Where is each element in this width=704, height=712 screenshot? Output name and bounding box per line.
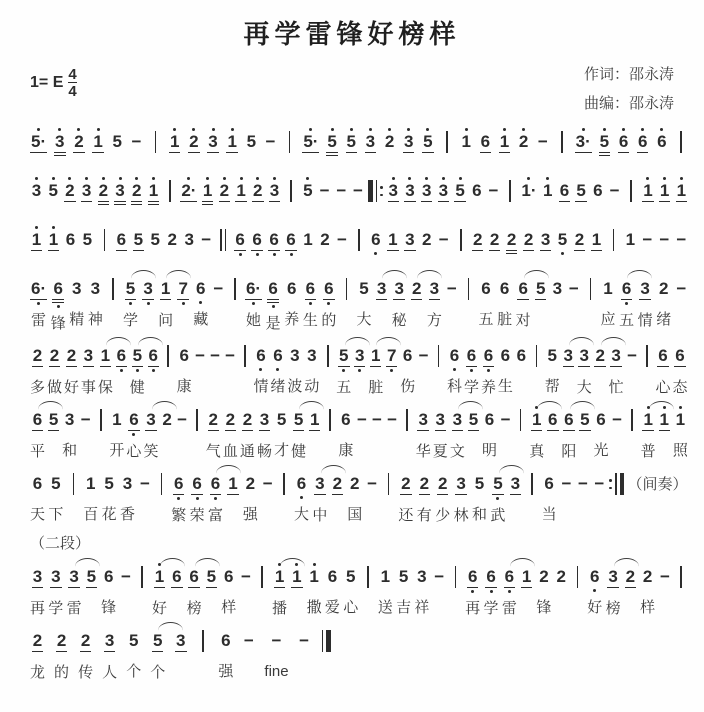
note-token: 3华	[416, 404, 431, 463]
note-token: 1撒	[307, 561, 322, 619]
note-token: 6强	[218, 625, 233, 683]
note-token: 3	[364, 126, 377, 159]
octave-dot-below	[358, 367, 361, 373]
barline	[641, 340, 654, 398]
lyric-syllable: 好	[64, 373, 79, 399]
note-token: 5	[205, 561, 218, 620]
note-token: 2	[72, 126, 85, 159]
lyric-syllable: 通	[240, 437, 255, 463]
note-token: 6	[115, 340, 128, 399]
barline	[106, 273, 119, 331]
lyric-syllable: 爱	[325, 593, 340, 619]
barline	[98, 224, 111, 256]
note-token: 2的	[54, 625, 69, 684]
sustain-dash: −	[239, 561, 252, 619]
note-token: 3情	[638, 273, 653, 332]
note-token: 6明	[482, 404, 497, 462]
barline	[323, 404, 336, 462]
note-token: 3和	[62, 404, 77, 462]
note-token: 3祥	[414, 561, 429, 619]
lyric-syllable: 光	[593, 436, 608, 462]
note-token: 3大	[577, 340, 592, 399]
note-token: 5帮	[545, 340, 560, 398]
note-token: 3	[402, 126, 415, 159]
note-token: 2	[251, 175, 264, 208]
sustain-dash: −	[675, 224, 688, 256]
lyric-syllable: 应	[601, 305, 616, 331]
note-token: 6康	[177, 340, 192, 398]
note-token: 7	[385, 340, 398, 399]
note-token: 3榜	[606, 561, 621, 620]
lyric-syllable: 康	[177, 372, 192, 398]
repeat-dots	[609, 479, 612, 490]
lyric-syllable: 五	[479, 305, 494, 331]
note-token: 6五	[619, 273, 634, 332]
barline	[321, 340, 334, 398]
note-token: 3香	[120, 468, 135, 526]
lyric-syllable: 明	[482, 436, 497, 462]
composer-credit: 曲编：邵永涛	[584, 90, 674, 119]
note-token: 5大	[357, 273, 372, 331]
note-token: 2	[383, 126, 396, 158]
lyric-syllable: 富	[208, 501, 223, 527]
sustain-dash: −	[487, 175, 500, 207]
barline	[382, 468, 395, 526]
lyric-syllable: 国	[347, 500, 362, 526]
note-token: 6	[655, 126, 668, 158]
note-token: 5	[111, 126, 124, 158]
note-token: 6当	[542, 468, 557, 526]
note-token: 6·她	[245, 273, 262, 332]
sustain-dash: −	[130, 126, 143, 158]
note-token: 6	[558, 175, 571, 208]
lyric-syllable: 动	[304, 372, 319, 398]
note-token: 6天	[30, 468, 45, 526]
note-token: 6	[170, 561, 183, 620]
barline	[449, 561, 462, 619]
lyric-syllable: 帮	[545, 372, 560, 398]
octave-dot-below	[182, 300, 185, 306]
lyric-syllable: 多	[30, 373, 45, 399]
lyric-syllable: 少	[435, 501, 450, 527]
lyric-syllable: 龙	[30, 658, 45, 684]
music-line-5: 2多2做2好3事1保65健66康−−−6情6绪3波3动5五31脏76伤−6科6学…	[30, 340, 688, 399]
lyric-syllable: 学	[464, 373, 479, 399]
lyric-syllable: 文	[450, 437, 465, 463]
barline	[285, 175, 298, 207]
lyric-syllable: 保	[98, 373, 113, 399]
lyric-syllable: 波	[287, 372, 302, 398]
lyric-syllable: 再	[30, 594, 45, 620]
sustain-dash: −	[675, 273, 688, 331]
sustain-dash: −	[371, 404, 384, 462]
music-line-2: 352323212·121235−−−333356−1·1656−111	[30, 175, 688, 211]
lyric-syllable: 繁	[171, 501, 186, 527]
barline	[675, 561, 688, 619]
note-token: 6科	[447, 340, 462, 398]
lyric-syllable: 中	[312, 501, 327, 527]
note-token: 1播	[272, 561, 287, 620]
lyric-syllable: 的	[321, 306, 336, 332]
lyric-syllable: 才	[274, 436, 289, 462]
note-token: 2	[573, 224, 586, 257]
note-token: 1	[308, 404, 321, 463]
note-token: 2·	[180, 175, 197, 208]
note-token: 3精	[69, 273, 84, 331]
note-token: 6锋	[101, 561, 116, 619]
key-prefix: 1= E	[30, 74, 63, 92]
sustain-dash: −	[641, 224, 654, 256]
barline	[191, 404, 204, 462]
note-token: 1应	[601, 273, 616, 331]
note-token: 2少	[435, 468, 450, 527]
lyric-syllable: 榜	[606, 594, 621, 620]
note-token: 3夏	[433, 404, 448, 463]
note-token: 3方	[427, 273, 442, 332]
sustain-dash: −	[437, 224, 450, 256]
credits: 作词：邵永涛 曲编：邵永涛	[584, 61, 674, 118]
lyric-syllable: 精	[69, 305, 84, 331]
note-token: 5健	[291, 404, 306, 463]
lyric-syllable: 天	[30, 500, 45, 526]
lyric-syllable: 雷	[502, 594, 517, 620]
note-token: 1	[30, 224, 43, 257]
note-token: 3	[420, 175, 433, 208]
note-token: 6荣	[190, 468, 205, 527]
repeat-dots	[380, 186, 383, 197]
sustain-dash: −	[626, 340, 639, 398]
note-token: 1	[226, 468, 239, 527]
sustain-dash: −	[417, 340, 430, 398]
note-token: 1普	[641, 404, 656, 463]
note-token: 6	[115, 224, 128, 257]
barline	[454, 224, 467, 256]
music-line-4: 6·雷6锋3精3神5学31问76藏−6·她6是6养6生6的5大33秘23方−6五…	[30, 273, 688, 335]
sustain-dash: −	[560, 468, 573, 526]
note-token: 6雷	[502, 561, 517, 620]
barline	[164, 175, 177, 207]
lyric-syllable: 的	[54, 658, 69, 684]
note-token: 1	[641, 175, 654, 208]
sustain-dash: −	[445, 273, 458, 331]
note-token: 3波	[287, 340, 302, 398]
lyric-syllable: 态	[672, 373, 687, 399]
note-token: 6	[515, 340, 528, 398]
note-token: 2国	[347, 468, 362, 526]
lyric-syllable: 大	[577, 373, 592, 399]
lyric-syllable: 强	[243, 500, 258, 526]
note-token: 3	[387, 175, 400, 208]
barline	[239, 340, 252, 398]
note-token: 6	[591, 175, 604, 207]
lyric-syllable: 健	[130, 373, 145, 399]
lyric-syllable: 忙	[609, 373, 624, 399]
note-token: 6	[617, 126, 630, 159]
note-token: 6光	[593, 404, 608, 462]
note-token: 5·	[302, 126, 319, 159]
barline	[462, 273, 475, 331]
note-token: 2	[166, 224, 179, 256]
lyric-syllable: 和	[62, 436, 77, 462]
note-token: 6	[285, 224, 298, 257]
barline	[675, 126, 688, 158]
note-token: 2	[97, 175, 110, 211]
lyric-syllable: 榜	[187, 594, 202, 620]
note-token: 6	[546, 404, 559, 463]
lyric-syllable: 华	[416, 437, 431, 463]
lyric-syllable: 真	[529, 437, 544, 463]
note-token: 3	[551, 273, 564, 331]
sustain-dash: −	[298, 625, 311, 683]
lyric-syllable: 心	[343, 593, 358, 619]
lyric-syllable: 祥	[414, 593, 429, 619]
lyric-syllable: 百	[83, 500, 98, 526]
note-token: 1·	[520, 175, 537, 207]
lyric-syllable: 生	[498, 372, 513, 398]
lyric-syllable: 林	[454, 501, 469, 527]
note-token: 2传	[78, 625, 93, 684]
note-token: 2	[331, 468, 344, 527]
sustain-dash: −	[176, 404, 189, 462]
inline-label: （间奏）	[627, 468, 687, 526]
lyric-syllable: fine	[264, 657, 288, 683]
sustain-dash: −	[658, 561, 671, 619]
barline	[340, 273, 353, 331]
note-token: 2	[555, 561, 568, 619]
lyric-syllable: 养	[284, 305, 299, 331]
note-token: 1百	[83, 468, 98, 526]
note-token: 3动	[304, 340, 319, 398]
note-token: 5	[301, 175, 314, 207]
note-token: 2好	[64, 340, 79, 399]
note-token: 5学	[123, 273, 138, 332]
sustain-dash: −	[658, 224, 671, 256]
note-token: 2	[594, 340, 607, 399]
note-token: 6榜	[187, 561, 202, 620]
note-token: 6五	[479, 273, 494, 331]
note-token: 2气	[206, 404, 221, 463]
lyric-syllable: 武	[490, 501, 505, 527]
note-token: 2	[218, 175, 231, 208]
note-token: 6大	[294, 468, 309, 526]
lyric-syllable: 吉	[396, 593, 411, 619]
note-token: 2	[130, 175, 143, 211]
song-title: 再学雷锋好榜样	[0, 0, 704, 51]
sustain-dash: −	[608, 175, 621, 207]
octave-dot-below	[256, 251, 259, 257]
note-token: 1	[460, 126, 473, 158]
note-token: 3	[562, 340, 575, 399]
note-token: 1	[147, 175, 160, 211]
note-token: 3	[183, 224, 196, 256]
note-token: 6	[369, 224, 382, 256]
note-token: 3学	[48, 561, 63, 620]
note-token: 1	[498, 126, 511, 159]
lyric-syllable: 心	[656, 373, 671, 399]
note-token: 6康	[338, 404, 353, 462]
note-token: 6阳	[561, 404, 576, 463]
note-token: 1送	[378, 561, 393, 619]
section-label: （二段）	[30, 532, 688, 553]
octave-dot-below	[120, 367, 123, 373]
note-token: 5	[421, 126, 434, 159]
note-token: 6锋	[51, 273, 66, 335]
note-token: 6生	[498, 340, 513, 398]
note-token: 1保	[98, 340, 113, 399]
lyric-syllable: 阳	[561, 437, 576, 463]
sustain-dash: −	[138, 468, 151, 526]
note-token: 3人	[102, 625, 117, 684]
barline	[228, 273, 241, 331]
note-token: 6学	[464, 340, 479, 399]
sustain-dash: −	[209, 340, 222, 398]
barline	[401, 404, 414, 462]
note-token: 3	[403, 175, 416, 208]
note-token: 3文	[450, 404, 465, 463]
sustain-dash: −	[224, 340, 237, 398]
lyric-syllable: 问	[158, 306, 173, 332]
note-token: 1	[658, 404, 671, 463]
barline	[196, 625, 209, 683]
note-token: 5才	[274, 404, 289, 462]
note-token: 1开	[109, 404, 124, 462]
note-token: 1真	[529, 404, 544, 463]
lyric-syllable: 样	[640, 593, 655, 619]
lyric-syllable: 神	[88, 305, 103, 331]
note-token: 3·	[575, 126, 592, 159]
note-token: 5个	[126, 625, 141, 683]
lyric-syllable: 和	[472, 500, 487, 526]
barline	[441, 126, 454, 158]
lyric-syllable: 生	[303, 306, 318, 332]
barline	[368, 175, 383, 207]
lyric-syllable: 平	[30, 437, 45, 463]
lyric-syllable: 学	[123, 306, 138, 332]
note-token: 2通	[240, 404, 255, 463]
barline	[155, 468, 168, 526]
note-token: 3	[30, 175, 43, 207]
lyric-syllable: 五	[619, 306, 634, 332]
note-token: 2有	[417, 468, 432, 527]
lyric-syllable: 撒	[307, 593, 322, 619]
lyric-syllable: 五	[336, 373, 351, 399]
note-token: 3	[509, 468, 522, 527]
note-token: 2锋	[536, 561, 551, 619]
lyric-syllable: 好	[152, 594, 167, 620]
note-token: 6绪	[270, 340, 285, 398]
note-token: 5	[534, 273, 547, 332]
sustain-dash: −	[318, 175, 331, 207]
lyric-syllable: 好	[587, 593, 602, 619]
barline	[320, 625, 333, 683]
sustain-dash: −	[261, 468, 274, 526]
lyric-syllable: 播	[272, 594, 287, 620]
lyric-syllable: 伤	[400, 372, 415, 398]
lyric-syllable: 再	[465, 594, 480, 620]
barline	[362, 561, 375, 619]
octave-dot-below	[239, 251, 242, 257]
sustain-dash: −	[567, 273, 580, 331]
note-token: 3林	[454, 468, 469, 527]
lyric-syllable: 对	[516, 306, 531, 332]
octave-dot-below	[290, 251, 293, 257]
note-token: 6	[479, 126, 492, 159]
music-line-3: 116565523−666612−6132−222235211−−−	[30, 224, 688, 260]
note-token: 5下	[48, 468, 63, 526]
lyric-syllable: 畅	[257, 437, 272, 463]
lyric-syllable: 血	[223, 437, 238, 463]
note-token: 6心	[126, 404, 141, 463]
barline	[283, 126, 296, 158]
lyric-syllable: 养	[481, 373, 496, 399]
barline	[352, 224, 365, 256]
lyric-syllable: 方	[427, 306, 442, 332]
lyric-syllable: 康	[338, 436, 353, 462]
sustain-dash: −	[194, 340, 207, 398]
sustain-dash: −	[355, 404, 368, 462]
lyric-syllable: 强	[218, 657, 233, 683]
note-token: 3	[80, 175, 93, 208]
note-token: 1	[624, 224, 637, 256]
barline	[609, 468, 624, 526]
note-token: 5心	[343, 561, 358, 619]
lyric-syllable: 传	[78, 658, 93, 684]
lyric-syllable: 照	[673, 436, 688, 462]
note-token: 5五	[336, 340, 351, 399]
note-token: 5	[245, 126, 258, 158]
note-token: 5	[345, 126, 358, 159]
lyric-syllable: 绪	[656, 305, 671, 331]
note-token: 2绪	[656, 273, 671, 331]
note-token: 2	[522, 224, 535, 257]
lyric-syllable: 笑	[144, 437, 159, 463]
octave-dot-below	[273, 251, 276, 257]
note-token: 5	[598, 126, 611, 162]
barline	[217, 224, 230, 256]
note-token: 5和	[472, 468, 487, 526]
note-token: 2	[505, 224, 518, 260]
sustain-dash: −	[386, 404, 399, 462]
note-token: 3	[114, 175, 127, 211]
note-token: 6心	[656, 340, 671, 399]
note-token: 3	[375, 273, 388, 332]
note-token: 1	[47, 224, 60, 257]
note-token: 3	[142, 273, 155, 332]
note-token: 2龙	[30, 625, 45, 684]
note-token: 2	[63, 175, 76, 208]
note-token: 2样	[640, 561, 655, 619]
note-token: 1	[235, 175, 248, 208]
note-token: 6养	[481, 340, 496, 399]
octave-dot-below	[147, 300, 150, 306]
lyric-syllable: 藏	[193, 305, 208, 331]
barline	[149, 126, 162, 158]
barline	[530, 340, 543, 398]
lyric-syllable: 锋	[536, 593, 551, 619]
lyric-syllable: 事	[81, 373, 96, 399]
note-token: 2	[410, 273, 423, 332]
note-token: 5健	[130, 340, 145, 399]
sustain-dash: −	[335, 224, 348, 256]
time-signature: 4 4	[68, 67, 76, 99]
note-token: 2	[471, 224, 484, 257]
lyric-syllable: 锋	[51, 309, 66, 335]
music-line-10: 2龙2的2传3人5个5个36强−−fine−	[30, 625, 333, 684]
lyric-syllable: 夏	[433, 437, 448, 463]
note-token: 1	[302, 224, 315, 256]
note-token: 2多	[30, 340, 45, 399]
octave-dot-below	[561, 250, 564, 256]
